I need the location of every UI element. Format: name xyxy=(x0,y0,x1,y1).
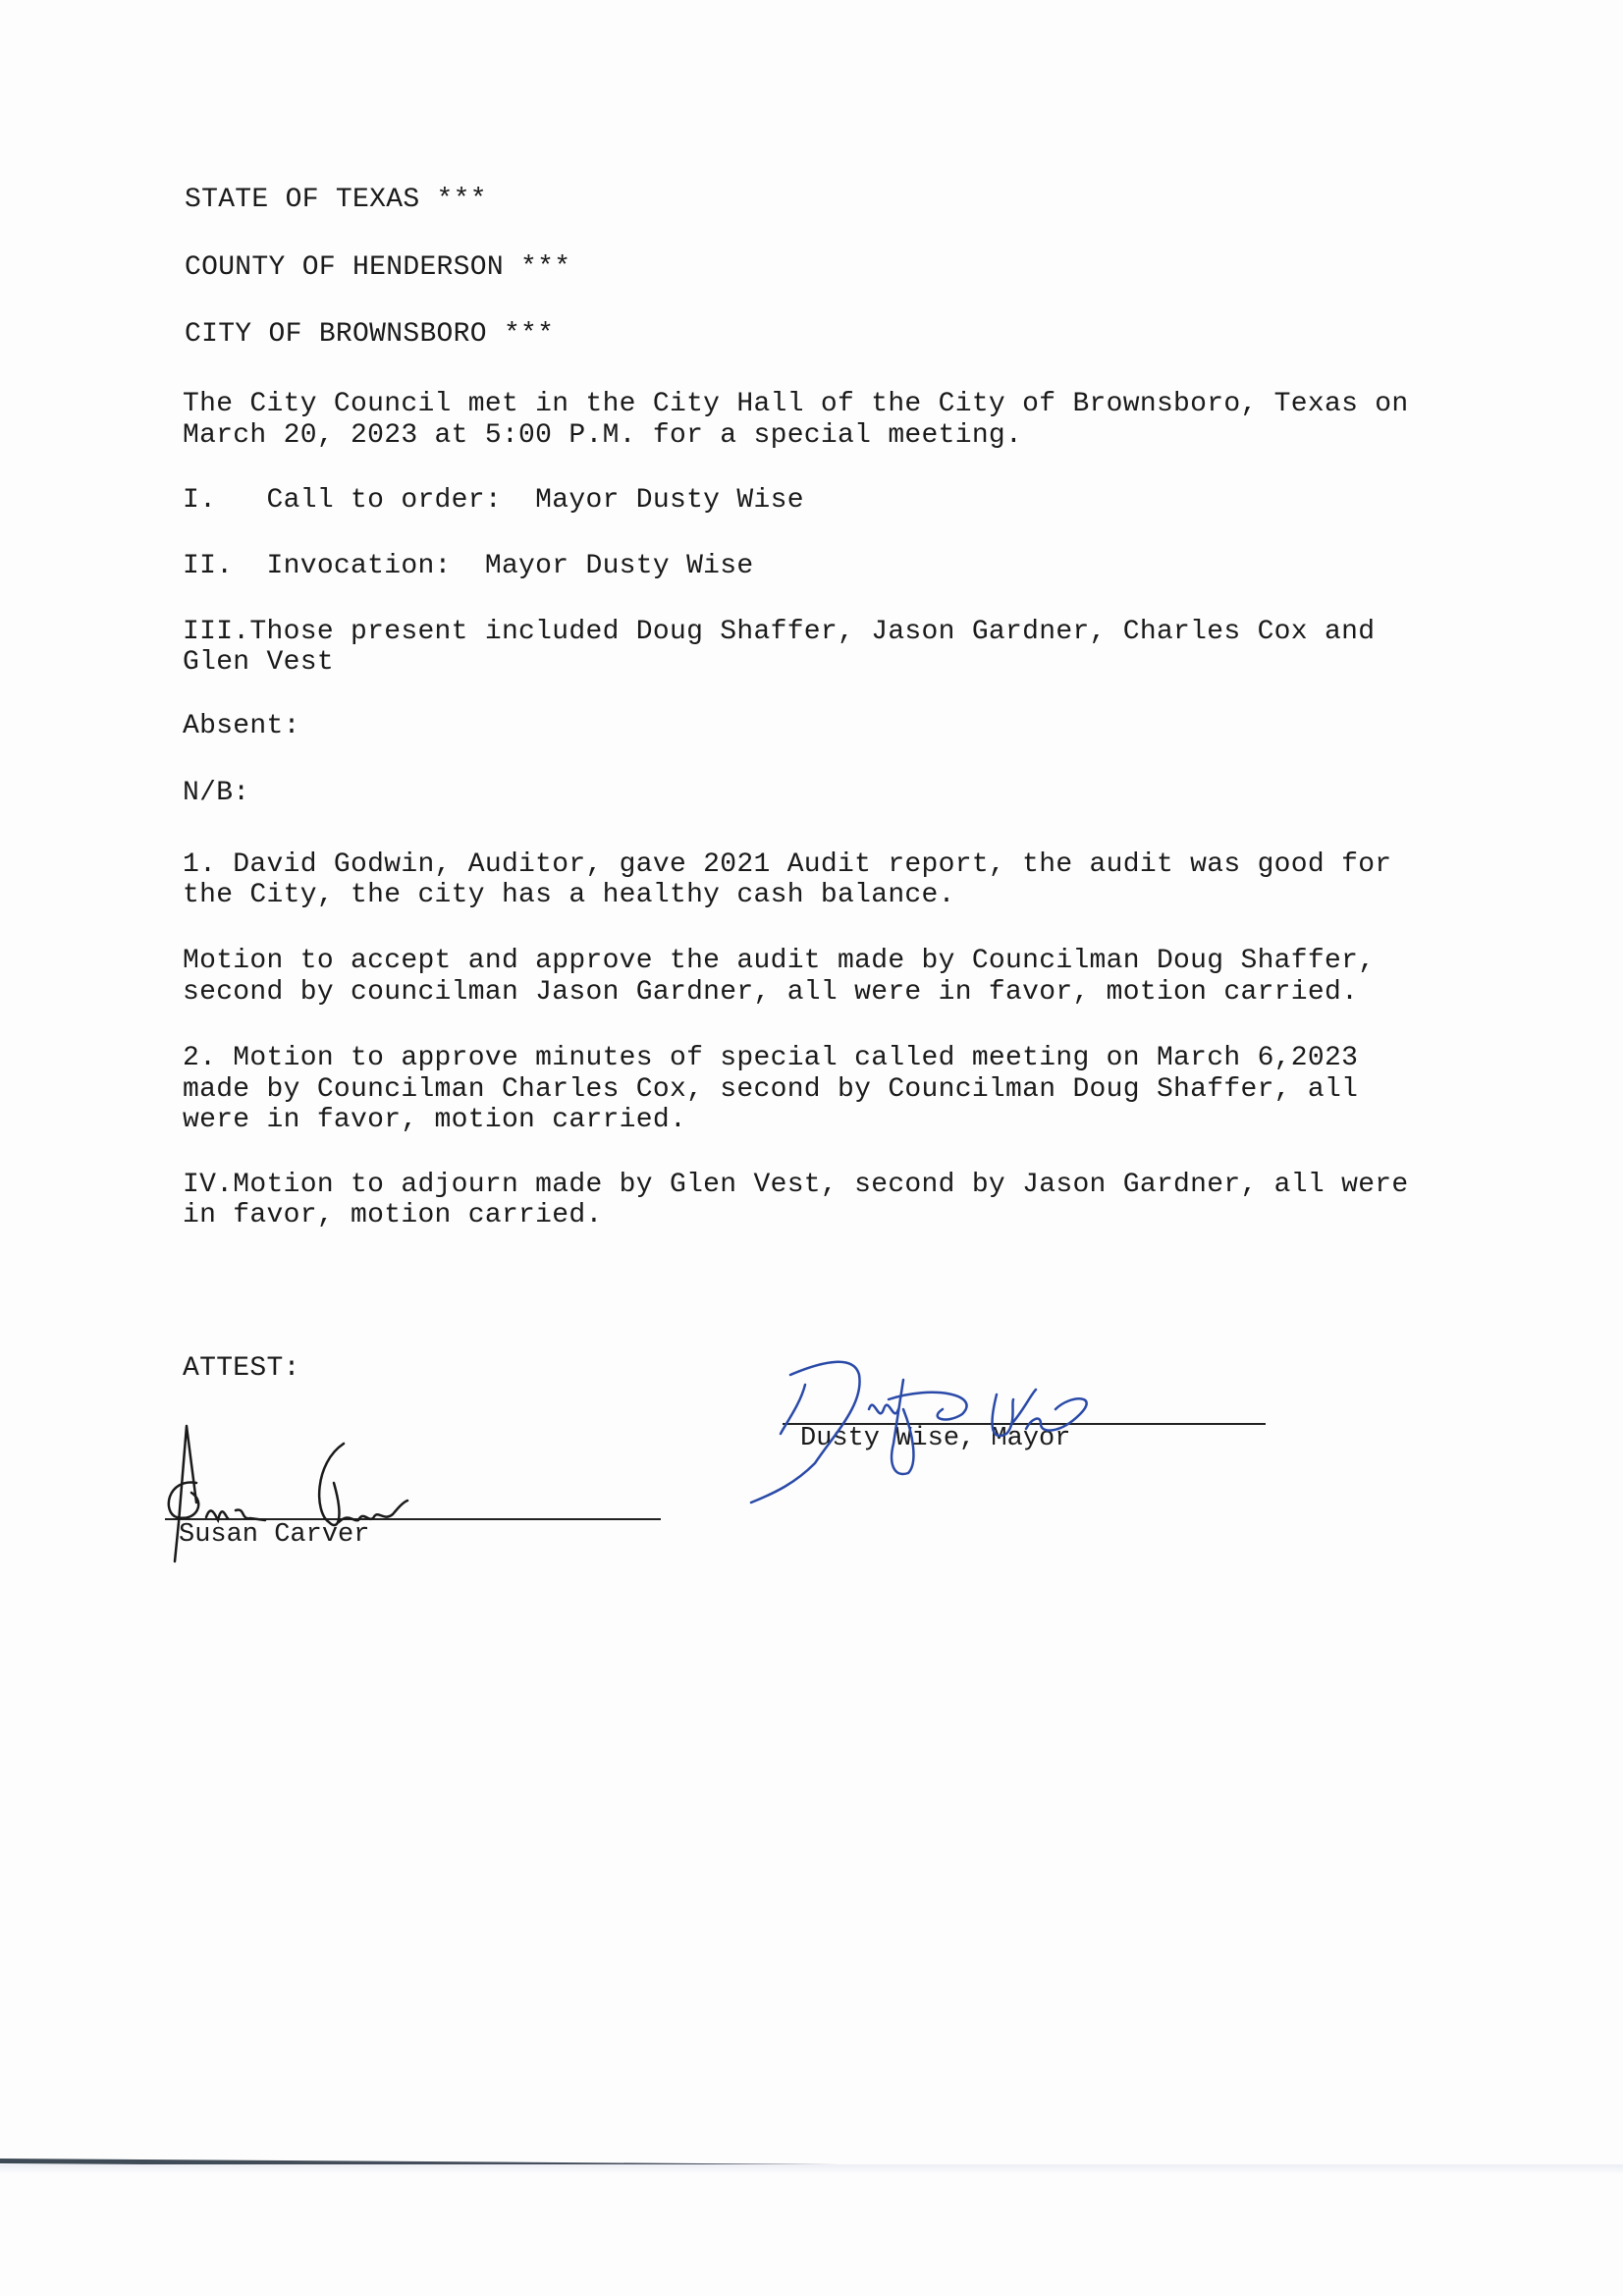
item2-line-1: 2. Motion to approve minutes of special … xyxy=(183,1043,1358,1074)
present-line-2: Glen Vest xyxy=(183,647,334,679)
adjourn-line-1: IV.Motion to adjourn made by Glen Vest, … xyxy=(183,1170,1409,1201)
present-line-1: III.Those present included Doug Shaffer,… xyxy=(183,617,1375,648)
absent-label: Absent: xyxy=(183,711,300,742)
nb-label: N/B: xyxy=(183,778,249,809)
call-to-order: I. Call to order: Mayor Dusty Wise xyxy=(183,485,804,517)
city-header: CITY OF BROWNSBORO *** xyxy=(185,319,554,351)
scan-edge-shadow xyxy=(0,2164,1623,2174)
mayor-signature xyxy=(746,1355,1159,1503)
item2-line-2: made by Councilman Charles Cox, second b… xyxy=(183,1074,1358,1106)
motion1-line-1: Motion to accept and approve the audit m… xyxy=(183,946,1375,977)
item2-line-3: were in favor, motion carried. xyxy=(183,1105,686,1136)
attest-label: ATTEST: xyxy=(183,1353,300,1385)
adjourn-line-2: in favor, motion carried. xyxy=(183,1200,603,1231)
item1-line-1: 1. David Godwin, Auditor, gave 2021 Audi… xyxy=(183,849,1391,881)
intro-line-2: March 20, 2023 at 5:00 P.M. for a specia… xyxy=(183,420,1022,452)
invocation: II. Invocation: Mayor Dusty Wise xyxy=(183,551,754,582)
motion1-line-2: second by councilman Jason Gardner, all … xyxy=(183,977,1358,1009)
item1-line-2: the City, the city has a healthy cash ba… xyxy=(183,880,955,911)
secretary-signature xyxy=(157,1424,530,1571)
intro-line-1: The City Council met in the City Hall of… xyxy=(183,389,1409,420)
county-header: COUNTY OF HENDERSON *** xyxy=(185,252,570,284)
state-header: STATE OF TEXAS *** xyxy=(185,185,487,216)
